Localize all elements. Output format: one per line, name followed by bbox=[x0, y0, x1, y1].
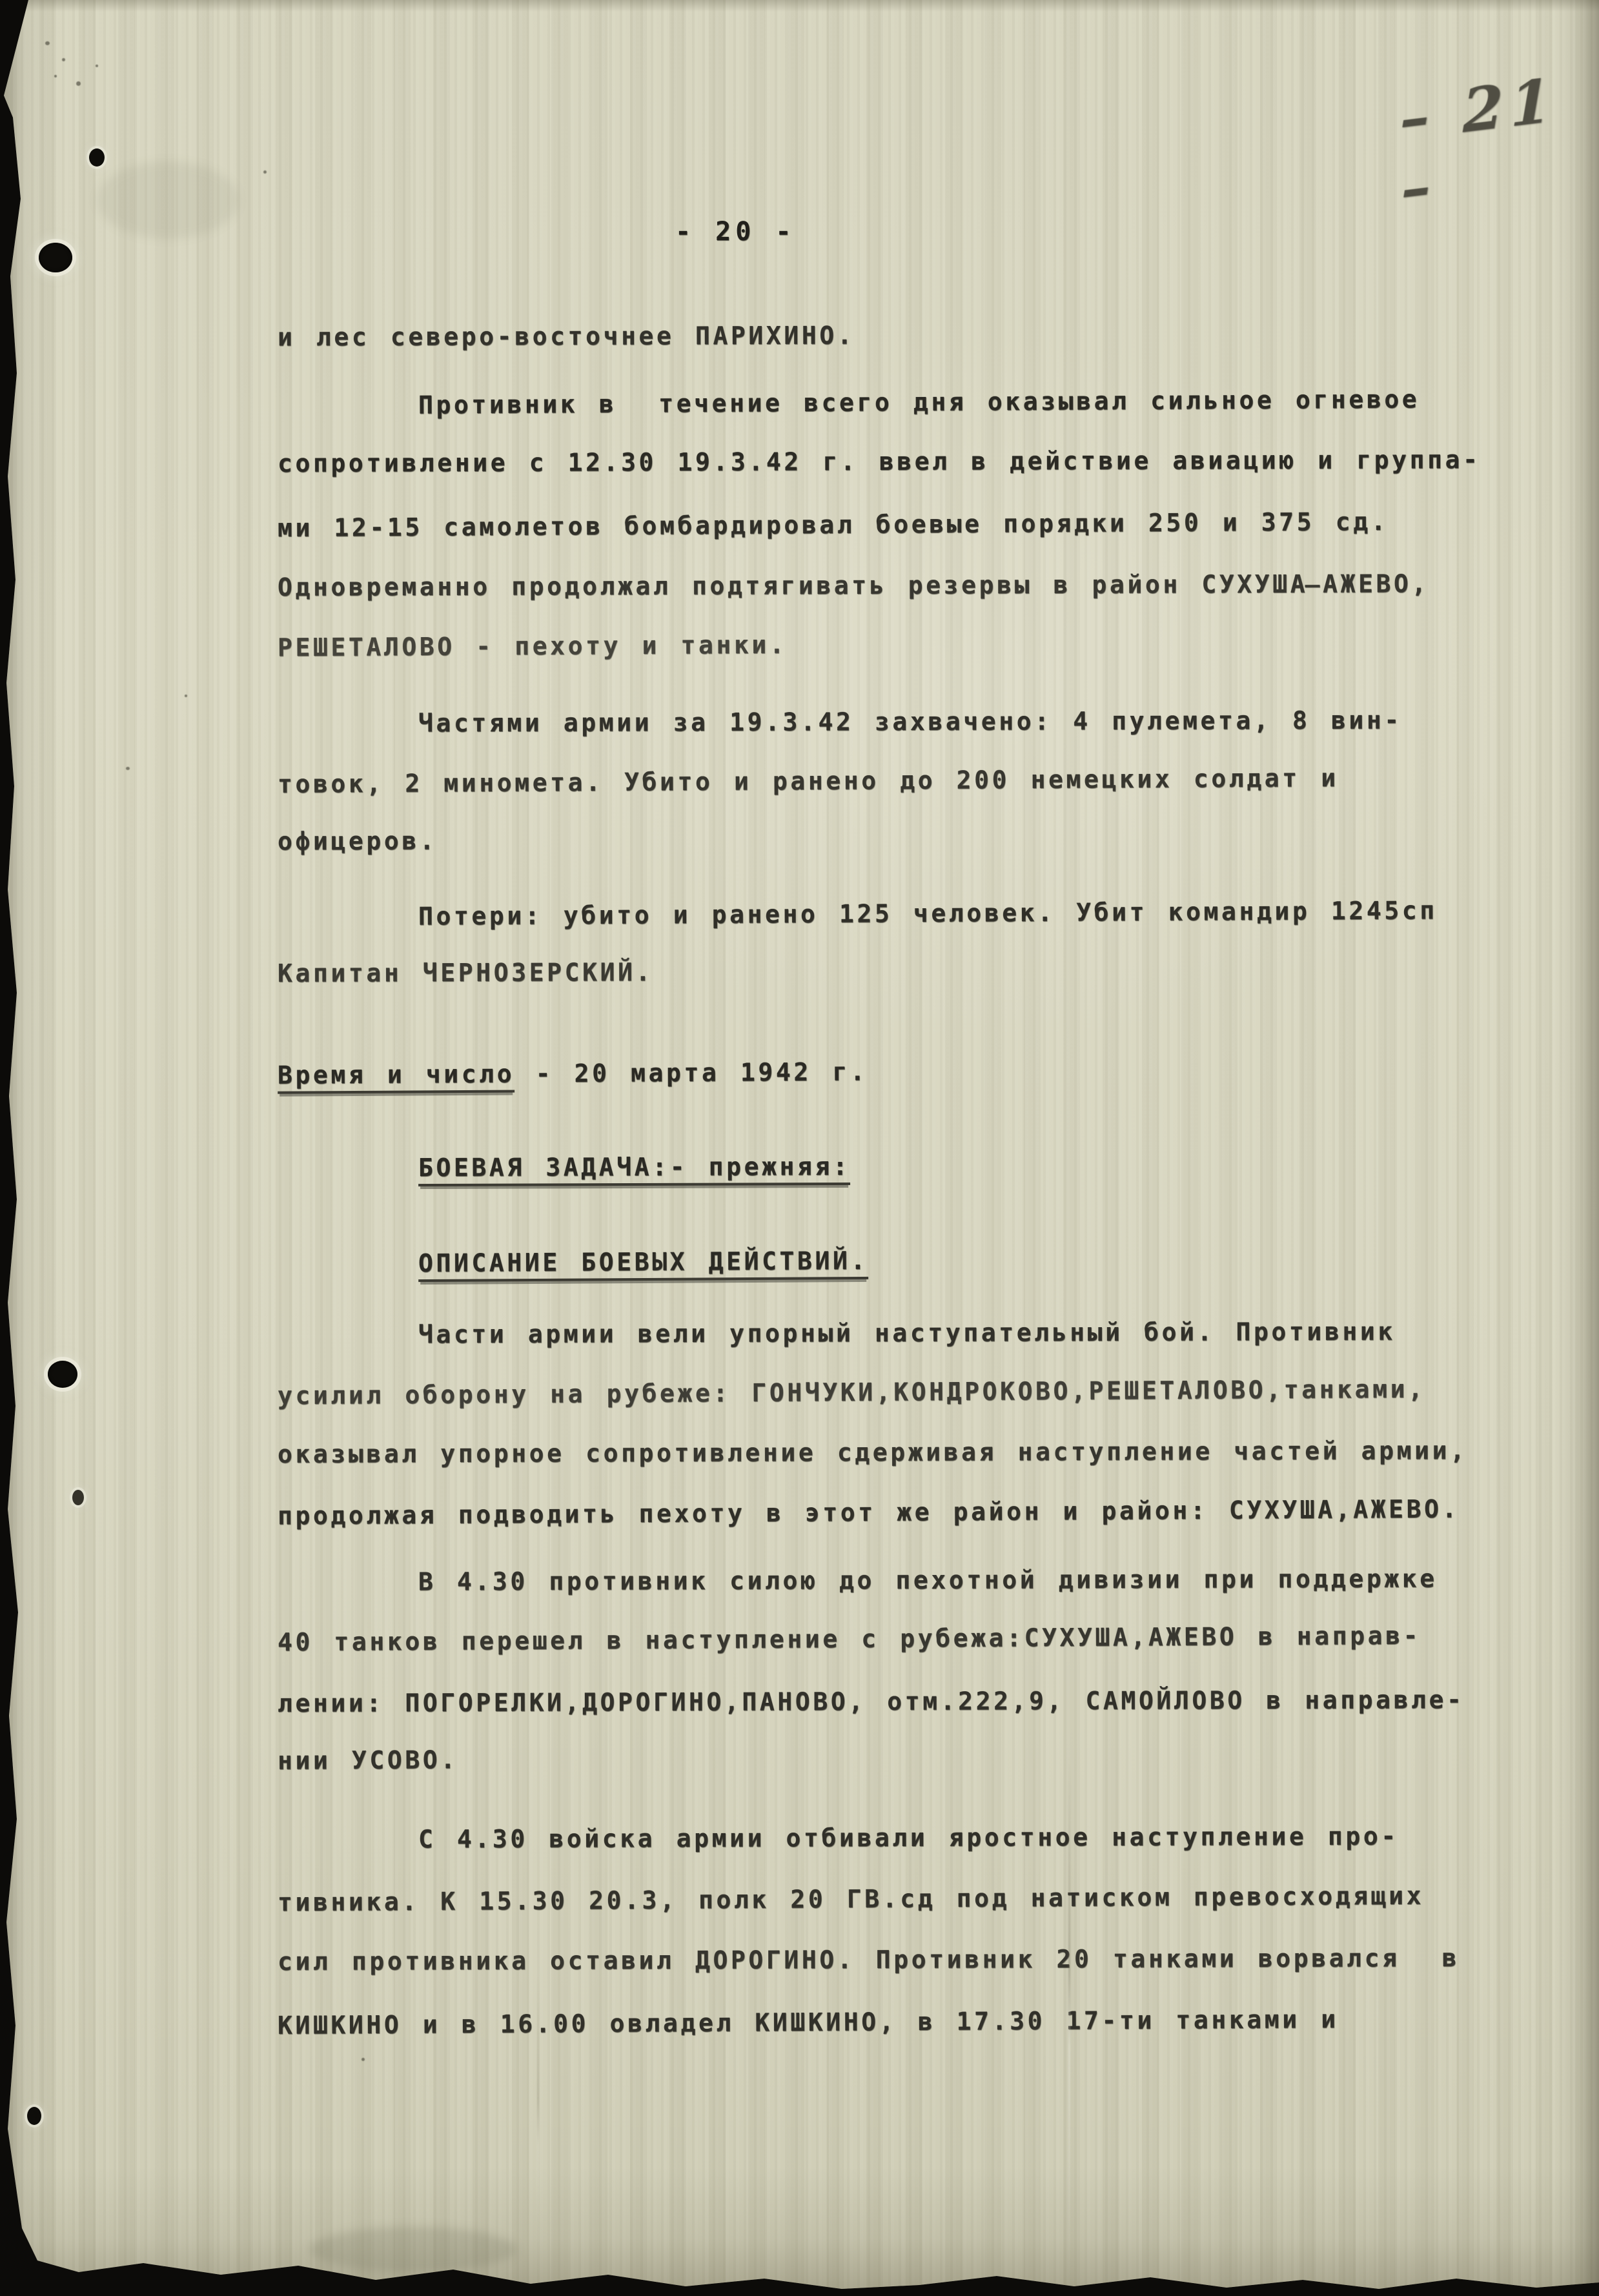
typed-line: БОЕВАЯ ЗАДАЧА:- прежняя: bbox=[418, 1152, 851, 1183]
typed-line: КИШКИНО и в 16.00 овладел КИШКИНО, в 17.… bbox=[278, 2004, 1339, 2040]
paper-crease bbox=[537, 1975, 539, 2285]
typed-line: ОПИСАНИЕ БОЕВЫХ ДЕЙСТВИЙ. bbox=[418, 1246, 868, 1278]
paper-stain bbox=[97, 161, 239, 239]
typed-line-underlined-segment: Время и число bbox=[278, 1060, 515, 1094]
ink-speck bbox=[45, 41, 50, 45]
scanned-document-page: - 20 - – 21 – и лес северо-восточнее ПАР… bbox=[0, 0, 1599, 2296]
typed-line-segment: тивника. К 15.30 20.3, полк 20 ГВ.сд под… bbox=[278, 1882, 1424, 1917]
ink-speck bbox=[126, 767, 130, 770]
page-number-typed: - 20 - bbox=[675, 217, 796, 247]
typed-line: продолжая подводить пехоту в этот же рай… bbox=[278, 1494, 1460, 1531]
typed-line: товок, 2 миномета. Убито и ранено до 200… bbox=[278, 763, 1339, 799]
typed-line-segment: продолжая подводить пехоту в этот же рай… bbox=[278, 1495, 1460, 1530]
typed-line-segment: Потери: убито и ранено 125 человек. Убит… bbox=[418, 896, 1438, 930]
ink-speck bbox=[62, 58, 65, 61]
typed-line: Потери: убито и ранено 125 человек. Убит… bbox=[418, 895, 1438, 931]
ink-speck bbox=[96, 65, 98, 67]
typed-line-segment: усилил оборону на рубеже: ГОНЧУКИ,КОНДРО… bbox=[278, 1375, 1426, 1410]
typed-line-segment: сопротивление с 12.30 19.3.42 г. ввел в … bbox=[278, 445, 1481, 478]
ink-speck bbox=[76, 81, 81, 86]
paper-sheet: - 20 - – 21 – и лес северо-восточнее ПАР… bbox=[0, 0, 1599, 2296]
typed-line: оказывал упорное сопротивление сдерживая… bbox=[278, 1436, 1468, 1469]
typed-line-segment: нии УСОВО. bbox=[278, 1745, 458, 1775]
typed-line-segment: В 4.30 противник силою до пехотной дивиз… bbox=[418, 1565, 1438, 1596]
paper-tear bbox=[72, 1490, 84, 1505]
typed-line: и лес северо-восточнее ПАРИХИНО. bbox=[278, 321, 855, 352]
typed-line-segment: - 20 марта 1942 г. bbox=[514, 1057, 868, 1088]
typed-line: Капитан ЧЕРНОЗЕРСКИЙ. bbox=[278, 957, 653, 988]
typed-line: Противник в течение всего дня оказывал с… bbox=[418, 384, 1420, 420]
typed-line-segment: сил противника оставил ДОРОГИНО. Противн… bbox=[278, 1944, 1460, 1976]
typed-line: сил противника оставил ДОРОГИНО. Противн… bbox=[278, 1943, 1460, 1976]
typed-line-segment: товок, 2 миномета. Убито и ранено до 200… bbox=[278, 764, 1339, 798]
typed-line-segment: и лес северо-восточнее ПАРИХИНО. bbox=[278, 321, 855, 352]
typed-line-underlined-segment: ОПИСАНИЕ БОЕВЫХ ДЕЙСТВИЙ. bbox=[418, 1246, 868, 1282]
typed-line: офицеров. bbox=[278, 826, 437, 857]
typed-line: Одновреманно продолжал подтягивать резер… bbox=[278, 569, 1429, 602]
typed-line-segment: С 4.30 войска армии отбивали яростное на… bbox=[418, 1822, 1399, 1854]
typed-line: 40 танков перешел в наступление с рубежа… bbox=[278, 1621, 1421, 1658]
paper-crease bbox=[1068, 1756, 1070, 2285]
paper-hole bbox=[48, 1361, 77, 1388]
ink-speck bbox=[54, 75, 57, 77]
typed-line: Частями армии за 19.3.42 захвачено: 4 пу… bbox=[418, 706, 1402, 738]
typed-line: усилил оборону на рубеже: ГОНЧУКИ,КОНДРО… bbox=[278, 1374, 1426, 1411]
typed-line: сопротивление с 12.30 19.3.42 г. ввел в … bbox=[278, 445, 1481, 478]
typed-line: РЕШЕТАЛОВО - пехоту и танки. bbox=[278, 630, 788, 663]
typed-line-segment: КИШКИНО и в 16.00 овладел КИШКИНО, в 17.… bbox=[278, 2005, 1339, 2040]
typed-line: В 4.30 противник силою до пехотной дивиз… bbox=[418, 1564, 1438, 1597]
typed-line-segment: ми 12-15 самолетов бомбардировал боевые … bbox=[278, 507, 1389, 542]
typed-line-segment: Частями армии за 19.3.42 захвачено: 4 пу… bbox=[418, 706, 1402, 738]
typed-line: ми 12-15 самолетов бомбардировал боевые … bbox=[278, 507, 1389, 543]
typed-line: Части армии вели упорный наступательный … bbox=[418, 1317, 1396, 1350]
ink-speck bbox=[362, 2058, 365, 2061]
page-number-handwritten: – 21 – bbox=[1399, 60, 1599, 225]
typed-line-segment: Капитан ЧЕРНОЗЕРСКИЙ. bbox=[278, 958, 653, 988]
paper-stain bbox=[310, 2227, 516, 2272]
typed-line-underlined-segment: БОЕВАЯ ЗАДАЧА:- прежняя: bbox=[418, 1152, 851, 1186]
typed-line-segment: офицеров. bbox=[278, 827, 437, 856]
paper-hole bbox=[89, 148, 105, 167]
typed-line: Время и число - 20 марта 1942 г. bbox=[278, 1057, 868, 1090]
typed-line-segment: оказывал упорное сопротивление сдерживая… bbox=[278, 1436, 1468, 1468]
paper-hole bbox=[27, 2107, 41, 2125]
typed-line-segment: 40 танков перешел в наступление с рубежа… bbox=[278, 1621, 1421, 1657]
ink-speck bbox=[185, 695, 187, 697]
typed-line-segment: Части армии вели упорный наступательный … bbox=[418, 1317, 1396, 1349]
typed-line-segment: лении: ПОГОРЕЛКИ,ДОРОГИНО,ПАНОВО, отм.22… bbox=[278, 1685, 1465, 1718]
paper-hole bbox=[39, 243, 72, 272]
typed-line: нии УСОВО. bbox=[278, 1745, 458, 1776]
typed-line-segment: Противник в течение всего дня оказывал с… bbox=[418, 385, 1420, 419]
typed-line: лении: ПОГОРЕЛКИ,ДОРОГИНО,ПАНОВО, отм.22… bbox=[278, 1685, 1465, 1718]
typed-line: С 4.30 войска армии отбивали яростное на… bbox=[418, 1822, 1399, 1854]
typed-line-segment: Одновреманно продолжал подтягивать резер… bbox=[278, 569, 1429, 602]
typed-line-segment: РЕШЕТАЛОВО - пехоту и танки. bbox=[278, 631, 788, 662]
ink-speck bbox=[263, 170, 267, 174]
typed-line: тивника. К 15.30 20.3, полк 20 ГВ.сд под… bbox=[278, 1881, 1424, 1918]
